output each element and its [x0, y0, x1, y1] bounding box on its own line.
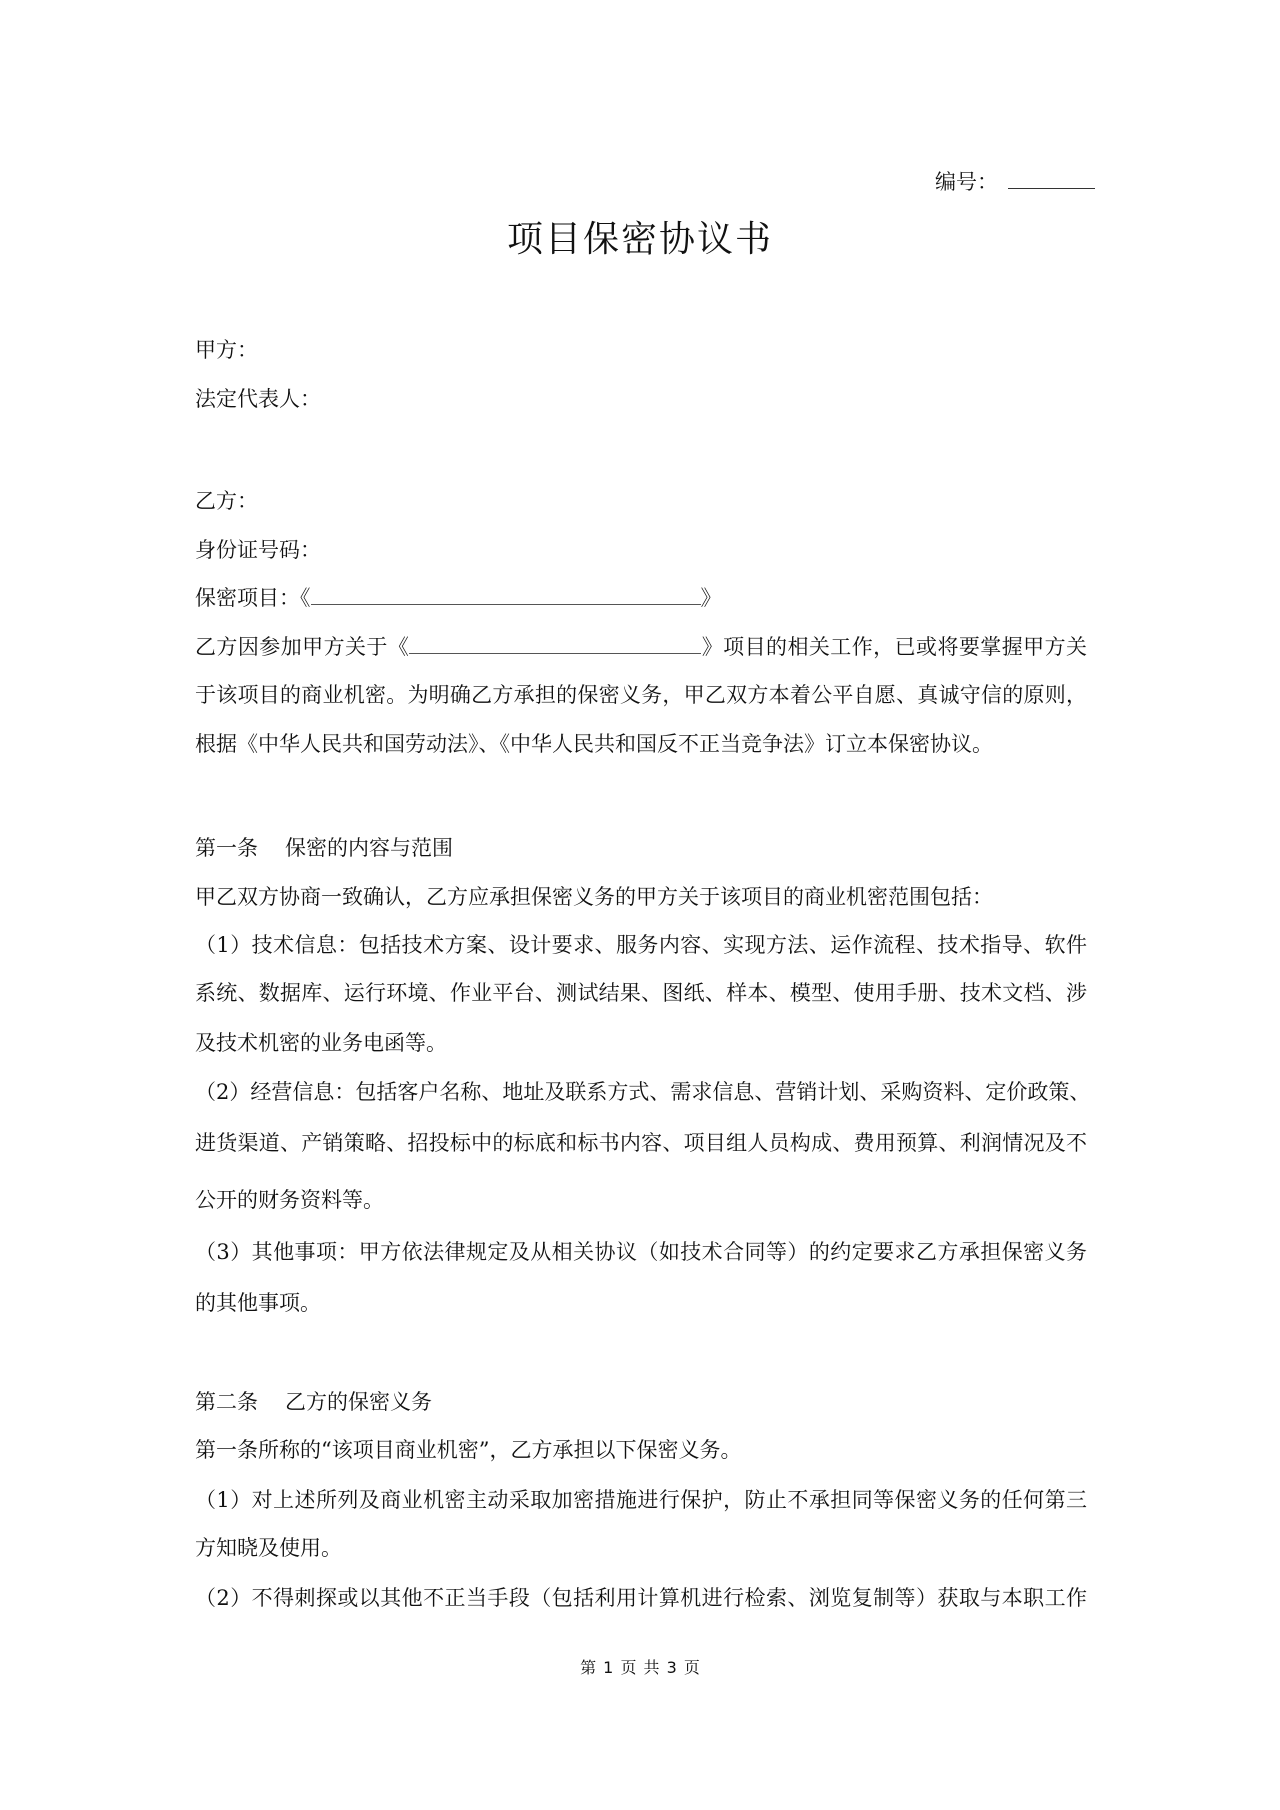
intro-line-2: 于该项目的商业机密。为明确乙方承担的保密义务，甲乙双方本着公平自愿、真诚守信的原… [195, 680, 1087, 710]
serial-number-blank [1008, 168, 1095, 189]
document-page: 编号： 项目保密协议书 甲方： 法定代表人： 乙方： 身份证号码： 保密项目：《… [0, 0, 1280, 1810]
confidential-project-close: 》 [701, 586, 722, 610]
confidential-project-blank [311, 583, 701, 605]
intro-project-blank [409, 632, 701, 654]
article-2-lead: 第一条所称的“该项目商业机密”，乙方承担以下保密义务。 [195, 1435, 741, 1465]
article-2-number: 第二条 [195, 1390, 258, 1414]
article-1-item-1-line-1: （1）技术信息：包括技术方案、设计要求、服务内容、实现方法、运作流程、技术指导、… [195, 930, 1087, 960]
intro-line-3: 根据《中华人民共和国劳动法》、《中华人民共和国反不正当竞争法》订立本保密协议。 [195, 729, 993, 759]
id-number-label: 身份证号码： [195, 535, 321, 565]
article-2-heading: 第二条乙方的保密义务 [195, 1387, 432, 1417]
article-1-number: 第一条 [195, 836, 258, 860]
article-1-item-2-line-1: （2）经营信息：包括客户名称、地址及联系方式、需求信息、营销计划、采购资料、定价… [195, 1077, 1087, 1107]
document-title: 项目保密协议书 [0, 218, 1280, 262]
article-1-title: 保密的内容与范围 [285, 836, 453, 860]
article-2-item-1-line-1: （1）对上述所列及商业机密主动采取加密措施进行保护，防止不承担同等保密义务的任何… [195, 1485, 1087, 1515]
article-2-item-1-line-2: 方知晓及使用。 [195, 1533, 342, 1563]
party-b-label: 乙方： [195, 486, 258, 516]
article-1-item-2-line-3: 公开的财务资料等。 [195, 1185, 384, 1215]
article-1-item-3-line-2: 的其他事项。 [195, 1288, 321, 1318]
article-2-title: 乙方的保密义务 [285, 1390, 432, 1414]
article-2-item-2-line-1: （2）不得刺探或以其他不正当手段（包括利用计算机进行检索、浏览复制等）获取与本职… [195, 1583, 1087, 1613]
serial-number-field: 编号： [935, 167, 1095, 197]
article-1-item-3-line-1: （3）其他事项：甲方依法律规定及从相关协议（如技术合同等）的约定要求乙方承担保密… [195, 1237, 1087, 1267]
article-1-item-1-line-3: 及技术机密的业务电函等。 [195, 1028, 447, 1058]
intro-line-1: 乙方因参加甲方关于《》项目的相关工作，已或将要掌握甲方关 [195, 632, 1087, 662]
legal-representative-label: 法定代表人： [195, 384, 321, 414]
confidential-project-line: 保密项目：《》 [195, 583, 722, 613]
intro-line-1-prefix: 乙方因参加甲方关于《 [195, 635, 409, 659]
serial-number-label: 编号： [935, 170, 998, 194]
article-1-lead: 甲乙双方协商一致确认，乙方应承担保密义务的甲方关于该项目的商业机密范围包括： [195, 882, 993, 912]
article-1-item-1-line-2: 系统、数据库、运行环境、作业平台、测试结果、图纸、样本、模型、使用手册、技术文档… [195, 978, 1087, 1008]
article-1-heading: 第一条保密的内容与范围 [195, 833, 453, 863]
intro-line-1-suffix: 》项目的相关工作，已或将要掌握甲方关 [701, 635, 1087, 659]
confidential-project-label: 保密项目：《 [195, 586, 311, 610]
article-1-item-2-line-2: 进货渠道、产销策略、招投标中的标底和标书内容、项目组人员构成、费用预算、利润情况… [195, 1128, 1087, 1158]
page-footer: 第 1 页 共 3 页 [0, 1656, 1280, 1680]
party-a-label: 甲方： [195, 335, 258, 365]
